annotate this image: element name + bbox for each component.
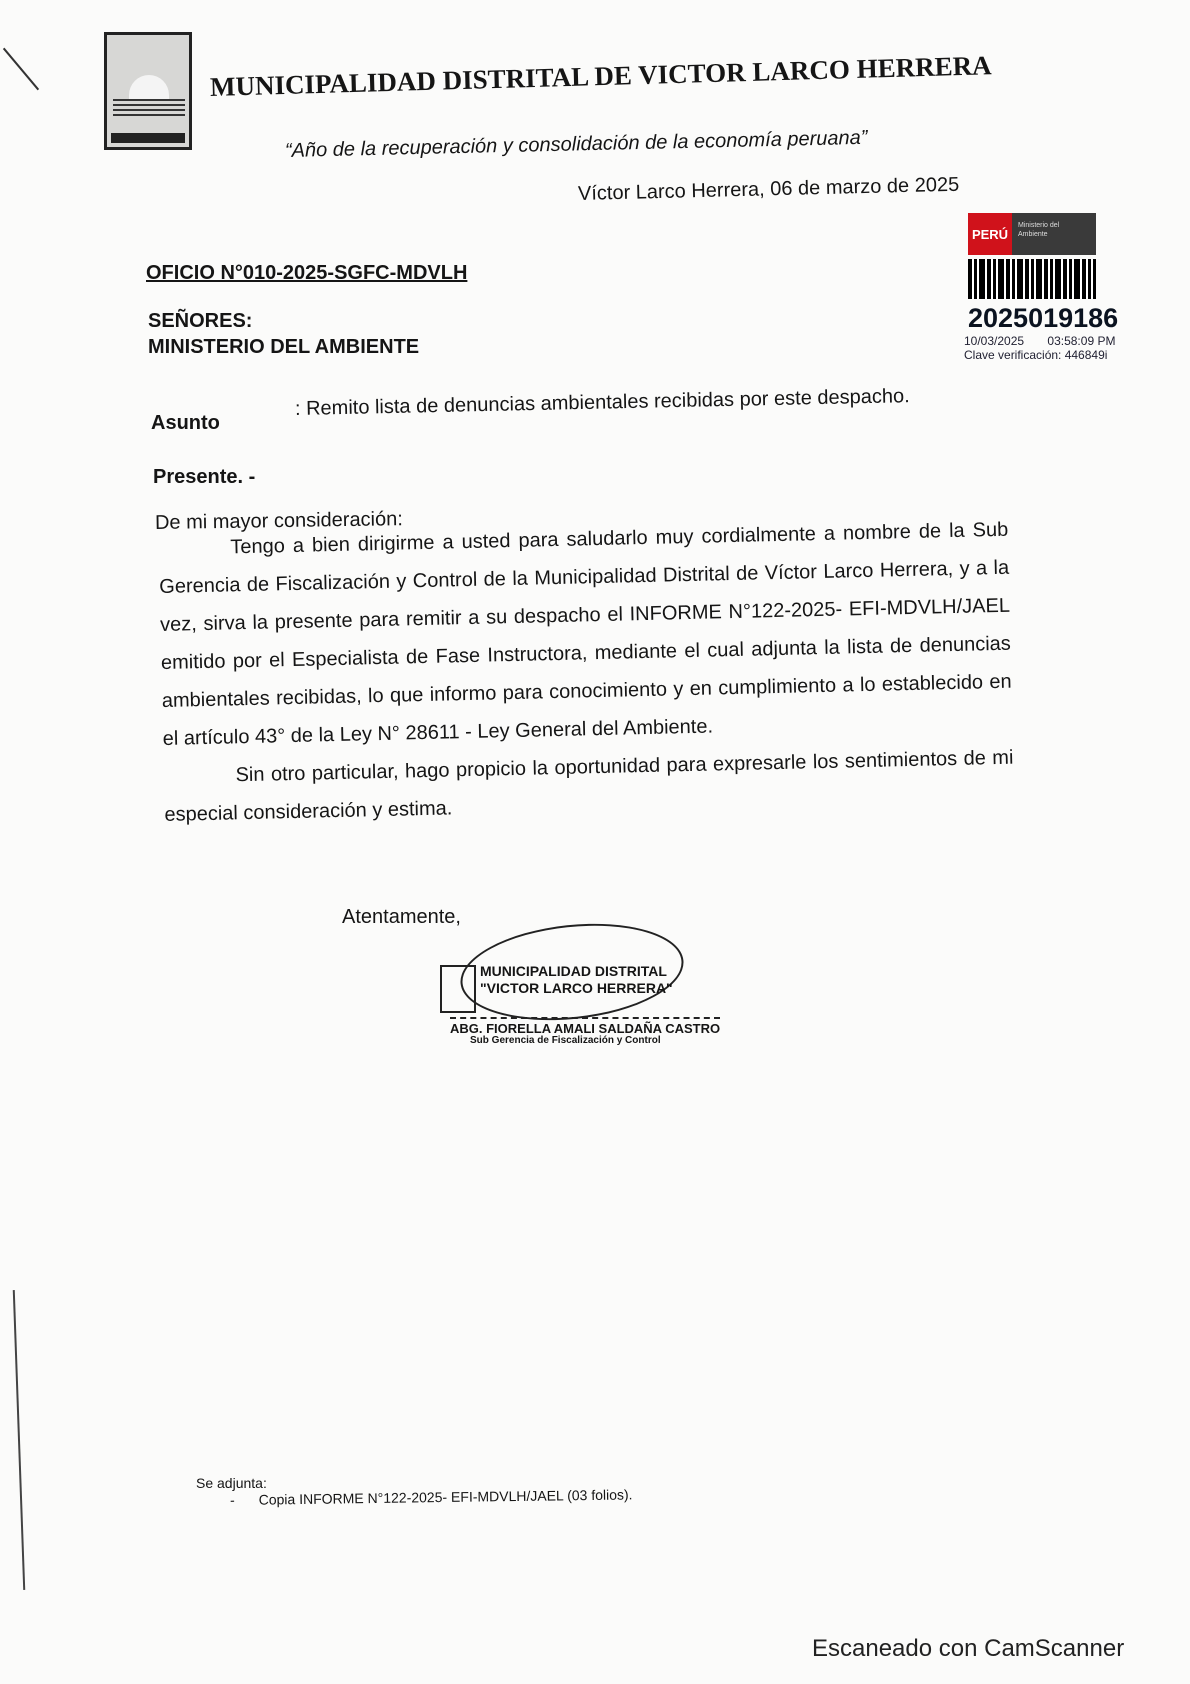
document-reference: OFICIO N°010-2025-SGFC-MDVLH xyxy=(146,262,467,285)
subject-label: Asunto xyxy=(151,412,220,435)
registration-number: 2025019186 xyxy=(968,303,1096,334)
attachments-label: Se adjunta: xyxy=(196,1475,267,1491)
sun-icon xyxy=(129,75,169,99)
municipal-crest-logo xyxy=(104,32,192,150)
stamp-time: 03:58:09 PM xyxy=(1047,334,1115,348)
subject-text: : Remito lista de denuncias ambientales … xyxy=(295,385,910,421)
letter-body: Tengo a bien dirigirme a usted para salu… xyxy=(158,511,1015,834)
verification-key: Clave verificación: 446849i xyxy=(964,348,1096,362)
seal-crest-icon xyxy=(440,965,476,1013)
year-motto: “Año de la recuperación y consolidación … xyxy=(285,127,868,163)
presente: Presente. - xyxy=(153,466,255,489)
paragraph-1: Tengo a bien dirigirme a usted para salu… xyxy=(158,511,1013,758)
scan-edge xyxy=(13,1290,25,1590)
signature-stamp: MUNICIPALIDAD DISTRITAL "VICTOR LARCO HE… xyxy=(440,925,710,1055)
recipient: SEÑORES: MINISTERIO DEL AMBIENTE xyxy=(148,308,419,360)
reception-stamp: PERÚ Ministerio del Ambiente 2025019186 … xyxy=(968,213,1096,362)
institution-title: MUNICIPALIDAD DISTRITAL DE VICTOR LARCO … xyxy=(210,50,992,103)
scanner-watermark: Escaneado con CamScanner xyxy=(812,1635,1124,1663)
barcode-icon xyxy=(968,259,1096,299)
signer-name: ABG. FIORELLA AMALI SALDAÑA CASTRO xyxy=(450,1017,720,1036)
stamp-date: 10/03/2025 xyxy=(964,334,1024,348)
place-date: Víctor Larco Herrera, 06 de marzo de 202… xyxy=(578,174,960,206)
attachment-item: -Copia INFORME N°122-2025- EFI-MDVLH/JAE… xyxy=(230,1486,633,1508)
peru-ministry-logo: PERÚ Ministerio del Ambiente xyxy=(968,213,1096,255)
signer-position: Sub Gerencia de Fiscalización y Control xyxy=(470,1035,661,1046)
scan-mark xyxy=(3,48,39,91)
